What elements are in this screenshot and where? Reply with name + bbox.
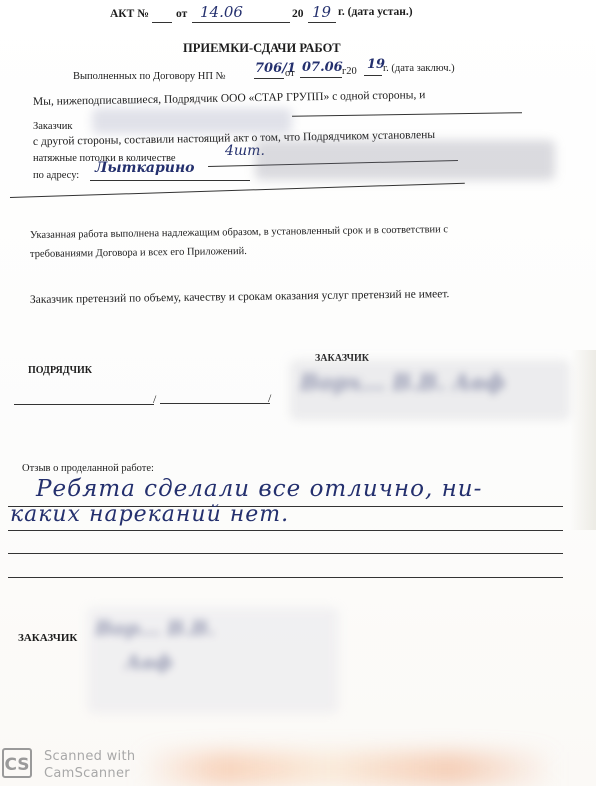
watermark-line-1: Scanned with [44,749,135,764]
scanned-document-page: АКТ № от 14.06 20 19 г. (дата устан.) ПР… [0,0,596,786]
signature-slash-2: / [268,391,271,406]
act-year-handwritten: 19 [312,3,331,21]
customer-label: Заказчик [33,121,72,132]
act-number-blank [152,22,172,23]
address-continuation-line [10,183,465,198]
feedback-line-2: каких нареканий нет. [10,502,289,527]
no-claims-line: Заказчик претензий по объему, качеству и… [30,288,450,306]
feedback-rule-2 [8,530,563,531]
address-handwritten: Лыткарино [95,160,195,176]
work-done-line-2: требованиями Договора и всех его Приложе… [30,246,247,260]
address-underline [90,180,250,181]
work-done-line-1: Указанная работа выполнена надлежащим об… [30,224,448,241]
footer-customer-label: ЗАКАЗЧИК [18,632,77,644]
address-label: по адресу: [33,170,79,181]
watermark-line-2: CamScanner [44,766,130,781]
contractor-label: ПОДРЯДЧИК [28,365,92,376]
footer-signature-name-ink: Вор... В.В. [95,616,215,640]
camscanner-logo-icon: CS [2,748,32,778]
contractor-signature-line [14,404,154,405]
contract-date-note: г. (дата заключ.) [383,63,455,74]
act-date-handwritten: 14.06 [200,3,243,21]
customer-signature-ink: Ворх... В.В. Авф [300,370,505,396]
scan-bottom-glow [140,752,556,786]
contract-year-underline [364,75,382,76]
contract-number-underline [254,78,284,79]
customer-name-underline [292,112,522,117]
act-from-label: от [176,8,187,20]
footer-signature-ink: Авф [125,650,172,674]
contractor-name-line [160,403,270,404]
act-date-note: г. (дата устан.) [338,6,413,18]
address-redacted [255,140,555,180]
feedback-label: Отзыв о проделанной работе: [22,463,154,474]
scan-edge-shadow [570,350,596,530]
feedback-rule-4 [8,577,563,578]
act-date-underline [192,22,290,23]
contract-label: Выполненных по Договору НП № [73,71,226,82]
contract-from-label: от [285,68,295,79]
parties-line: Мы, нижеподписавшиеся, Подрядчик ООО «СТ… [33,89,426,108]
contract-date-handwritten: 07.06 [302,60,343,75]
act-year-underline [308,22,336,23]
contract-date-underline [300,77,342,78]
document-title: ПРИЕМКИ-СДАЧИ РАБОТ [183,41,341,56]
act-label: АКТ № [110,8,149,20]
contract-year-prefix: г20 [342,66,357,77]
customer-name-redacted [92,108,292,134]
feedback-rule-3 [8,553,563,554]
signature-slash-1: / [153,392,156,407]
feedback-line-1: Ребята сделали все отлично, ни- [36,476,482,502]
act-year-prefix: 20 [292,8,304,20]
